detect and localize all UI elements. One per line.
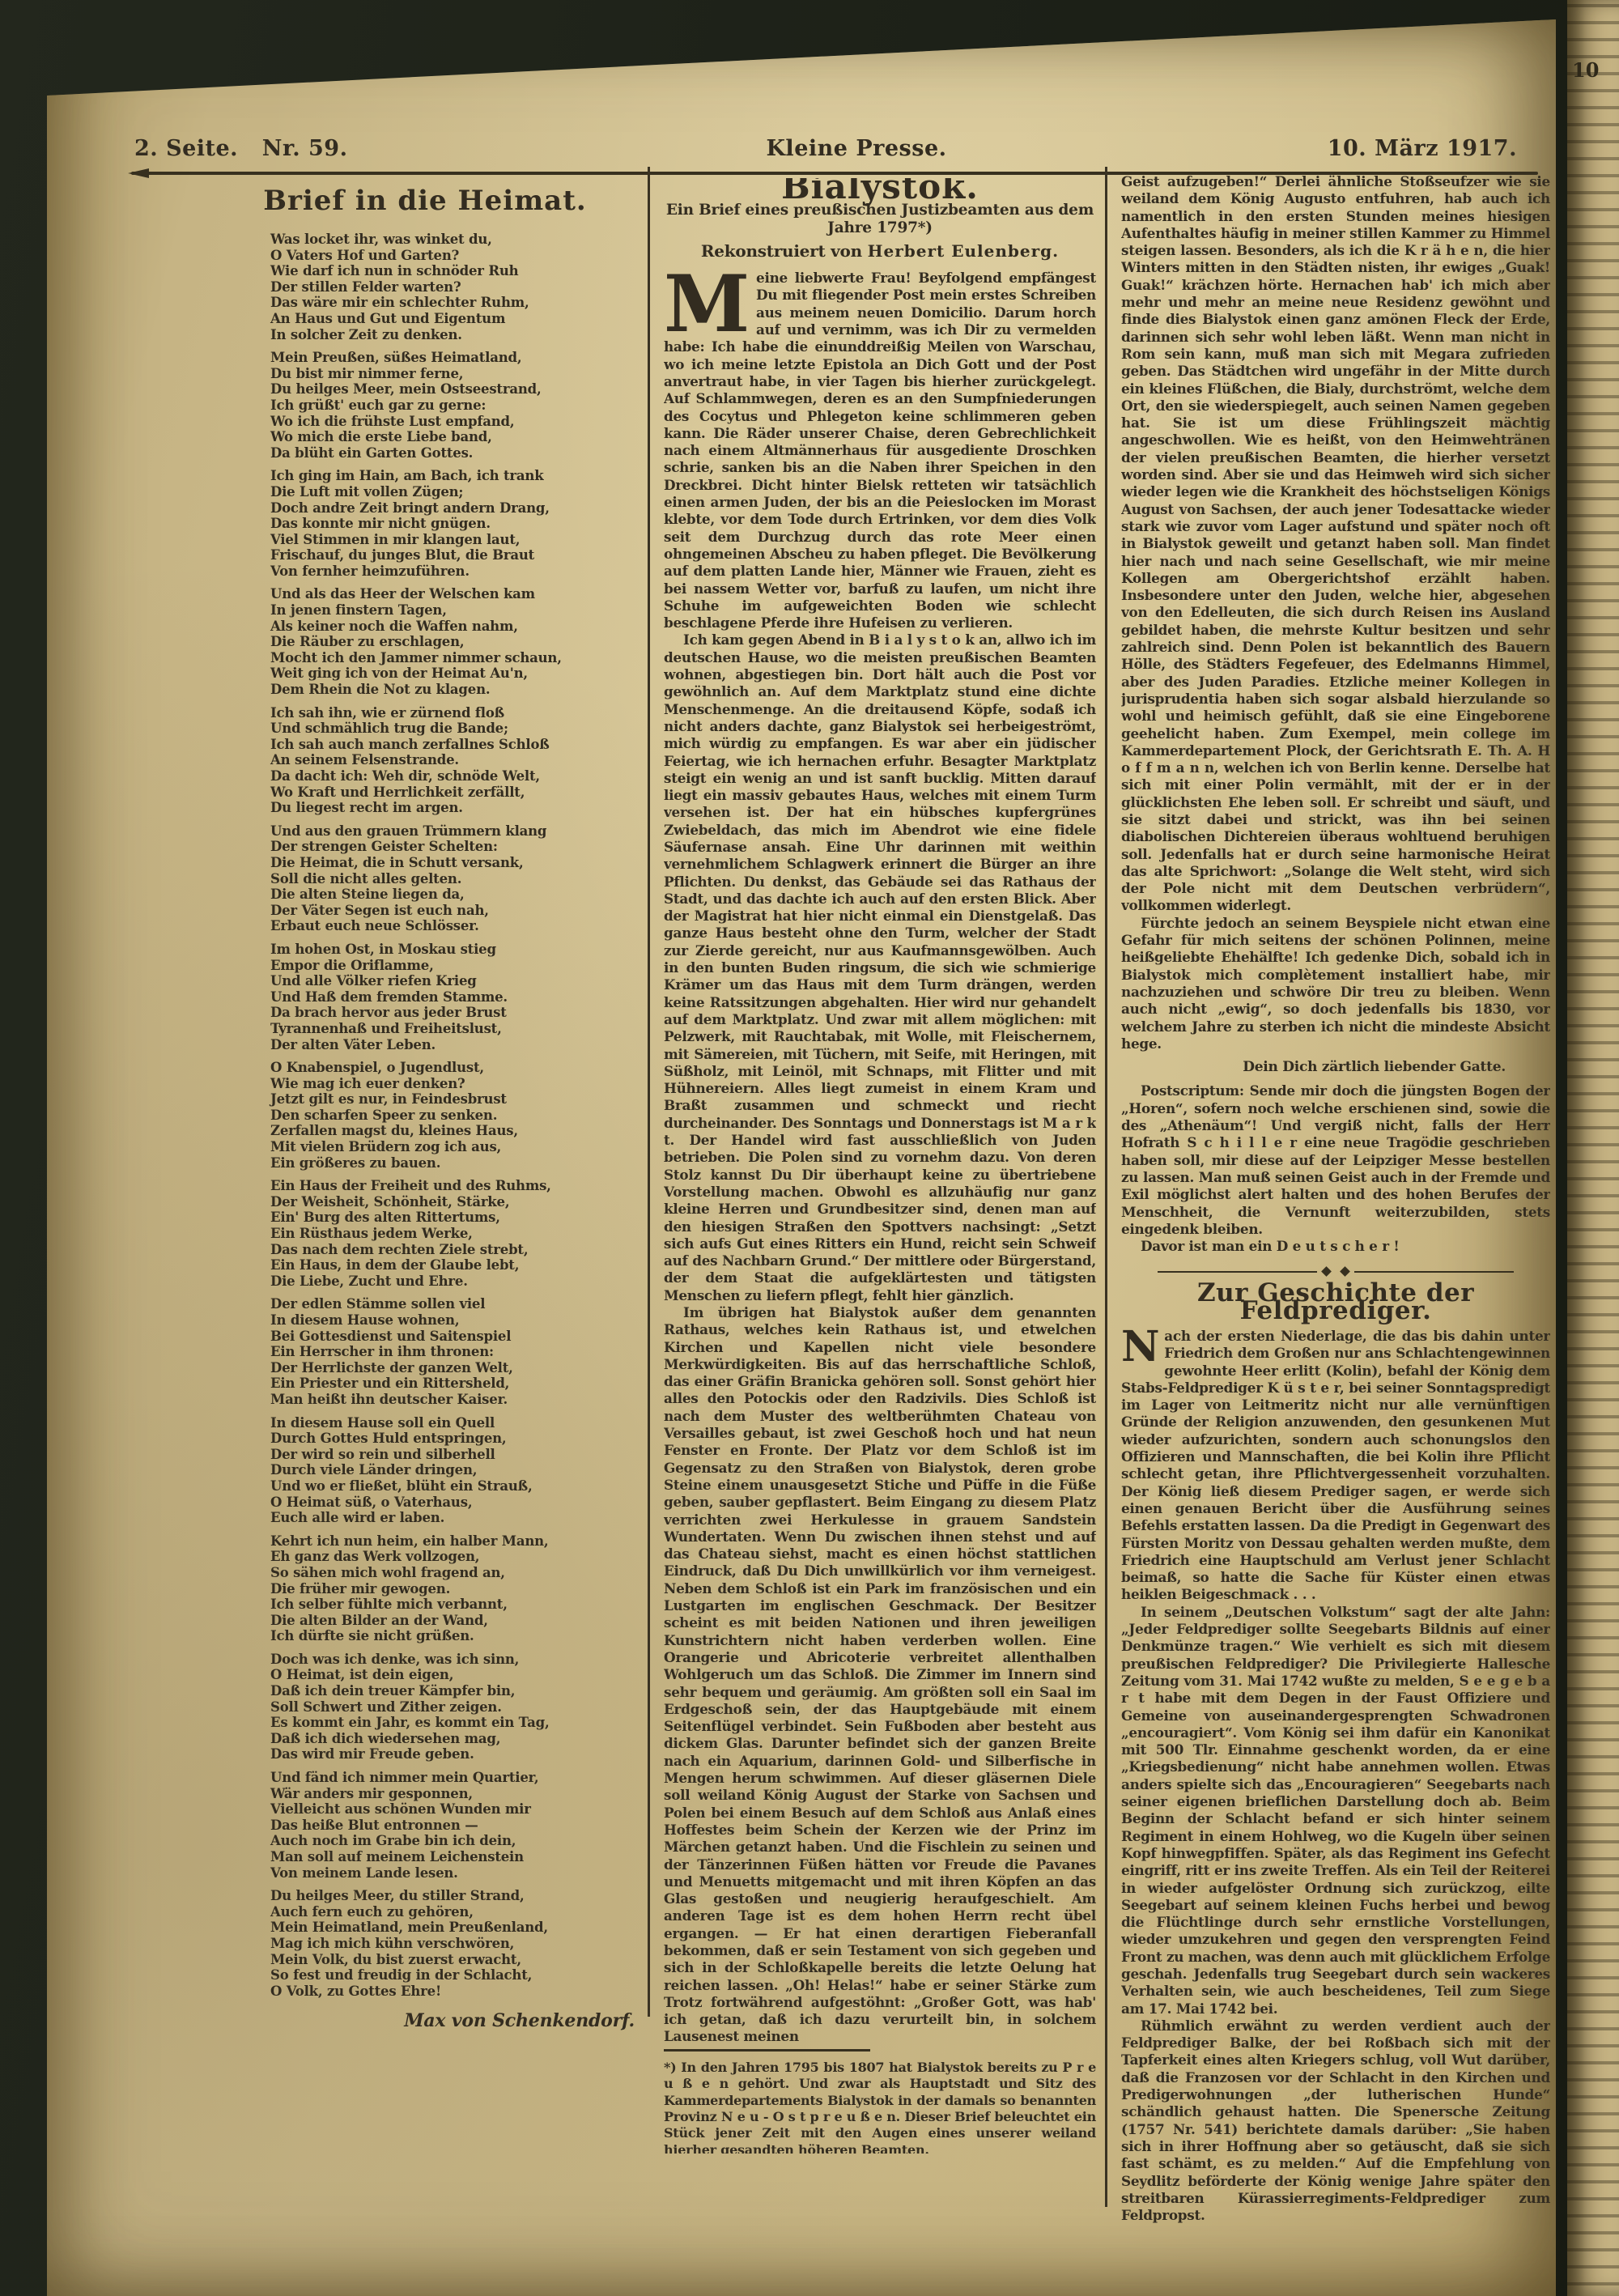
issue-date: 10. März 1917. [1328, 136, 1517, 161]
poem-body: Was locket ihr, was winket du, O Vaters … [270, 232, 643, 2030]
byline-author: Herbert Eulenberg. [868, 241, 1059, 261]
article-postscript: Postscriptum: Sende mir doch die jüngste… [1121, 1082, 1550, 1238]
article-paragraph: Rühmlich erwähnt zu werden verdient auch… [1121, 2018, 1550, 2225]
poem-stanza: Mein Preußen, süßes Heimatland, Du bist … [270, 350, 643, 461]
article-paragraph: Im übrigen hat Bialystok außer dem genan… [664, 1304, 1096, 2046]
column-divider-1 [648, 167, 650, 2017]
poem-stanza: Und fänd ich nimmer mein Quartier, Wär a… [270, 1770, 643, 1881]
divider-line [1354, 1271, 1514, 1273]
poem-signature: Max von Schenkendorf. [270, 2013, 635, 2030]
poem-stanza: Und aus den grauen Trümmern klang Der st… [270, 823, 643, 934]
poem-stanza: Ich ging im Hain, am Bach, ich trank Die… [270, 468, 643, 579]
article-title-feldprediger: Zur Geschichte der Feldprediger. [1121, 1285, 1550, 1320]
letter-closing: Dein Dich zärtlich liebender Gatte. [1121, 1059, 1550, 1076]
page-label: 2. Seite. [134, 136, 238, 161]
poem-stanza: Du heilges Meer, du stiller Strand, Auch… [270, 1888, 643, 1999]
page-number-issue: 2. Seite. Nr. 59. [134, 136, 347, 161]
adjacent-page-edge: 10 [1567, 0, 1619, 2296]
poem-stanza: Doch was ich denke, was ich sinn, O Heim… [270, 1652, 643, 1762]
column-divider-2 [1105, 167, 1107, 2207]
article-paragraph: Ich kam gegen Abend in B i a l y s t o k… [664, 631, 1096, 1304]
column-bialystok: Bialystok. Ein Brief eines preußischen J… [664, 178, 1096, 2154]
divider-diamond-icon [1340, 1267, 1350, 1278]
poem-stanza: In diesem Hause soll ein Quell Durch Got… [270, 1415, 643, 1526]
divider-line [1158, 1271, 1317, 1273]
poem-stanza: O Knabenspiel, o Jugendlust, Wie mag ich… [270, 1060, 643, 1171]
article-title-bialystok: Bialystok. [664, 178, 1096, 195]
newspaper-title: Kleine Presse. [766, 136, 946, 161]
issue-label: Nr. 59. [262, 136, 348, 161]
poem-title: Brief in die Heimat. [207, 185, 643, 217]
divider-diamond-icon [1321, 1267, 1332, 1278]
article-paragraph: Geist aufzugeben!“ Derlei ähnliche Stoßs… [1121, 173, 1550, 915]
article-paragraph: In seinem „Deutschen Volkstum“ sagt der … [1121, 1604, 1550, 2018]
article-footnote: *) In den Jahren 1795 bis 1807 hat Bialy… [664, 2060, 1096, 2154]
poem-stanza: Was locket ihr, was winket du, O Vaters … [270, 232, 643, 342]
column-right: Geist aufzugeben!“ Derlei ähnliche Stoßs… [1121, 173, 1550, 2278]
adjacent-page-number-fragment: 10 [1572, 58, 1599, 82]
article-subtitle: Ein Brief eines preußischen Justizbeamte… [664, 202, 1096, 236]
poem-stanza: Im hohen Ost, in Moskau stieg Empor die … [270, 942, 643, 1052]
poem-stanza: Der edlen Stämme sollen viel In diesem H… [270, 1296, 643, 1407]
article-paragraph: Meine liebwerte Frau! Beyfolgend empfäng… [664, 270, 1096, 631]
article-byline: Rekonstruiert von Herbert Eulenberg. [664, 243, 1096, 260]
newspaper-page: 2. Seite. Nr. 59. Kleine Presse. 10. Mär… [47, 18, 1556, 2296]
byline-prefix: Rekonstruiert von [701, 241, 868, 261]
poem-stanza: Kehrt ich nun heim, ein halber Mann, Eh … [270, 1533, 643, 1644]
section-divider [1158, 1268, 1514, 1275]
article-paragraph: Nach der ersten Niederlage, die das bis … [1121, 1328, 1550, 1604]
article-paragraph: Fürchte jedoch an seinem Beyspiele nicht… [1121, 915, 1550, 1052]
scanned-newspaper-photo: { "header": { "page_label": "2. Seite.",… [0, 0, 1619, 2296]
article-final-line: Davor ist man ein D e u t s c h e r ! [1121, 1238, 1550, 1255]
poem-stanza: Ich sah ihn, wie er zürnend floß Und sch… [270, 705, 643, 816]
poem-stanza: Ein Haus der Freiheit und des Ruhms, Der… [270, 1178, 643, 1289]
footnote-rule [664, 2049, 870, 2052]
column-poem: Brief in die Heimat. Was locket ihr, was… [134, 185, 643, 2047]
poem-stanza: Und als das Heer der Welschen kam In jen… [270, 586, 643, 697]
